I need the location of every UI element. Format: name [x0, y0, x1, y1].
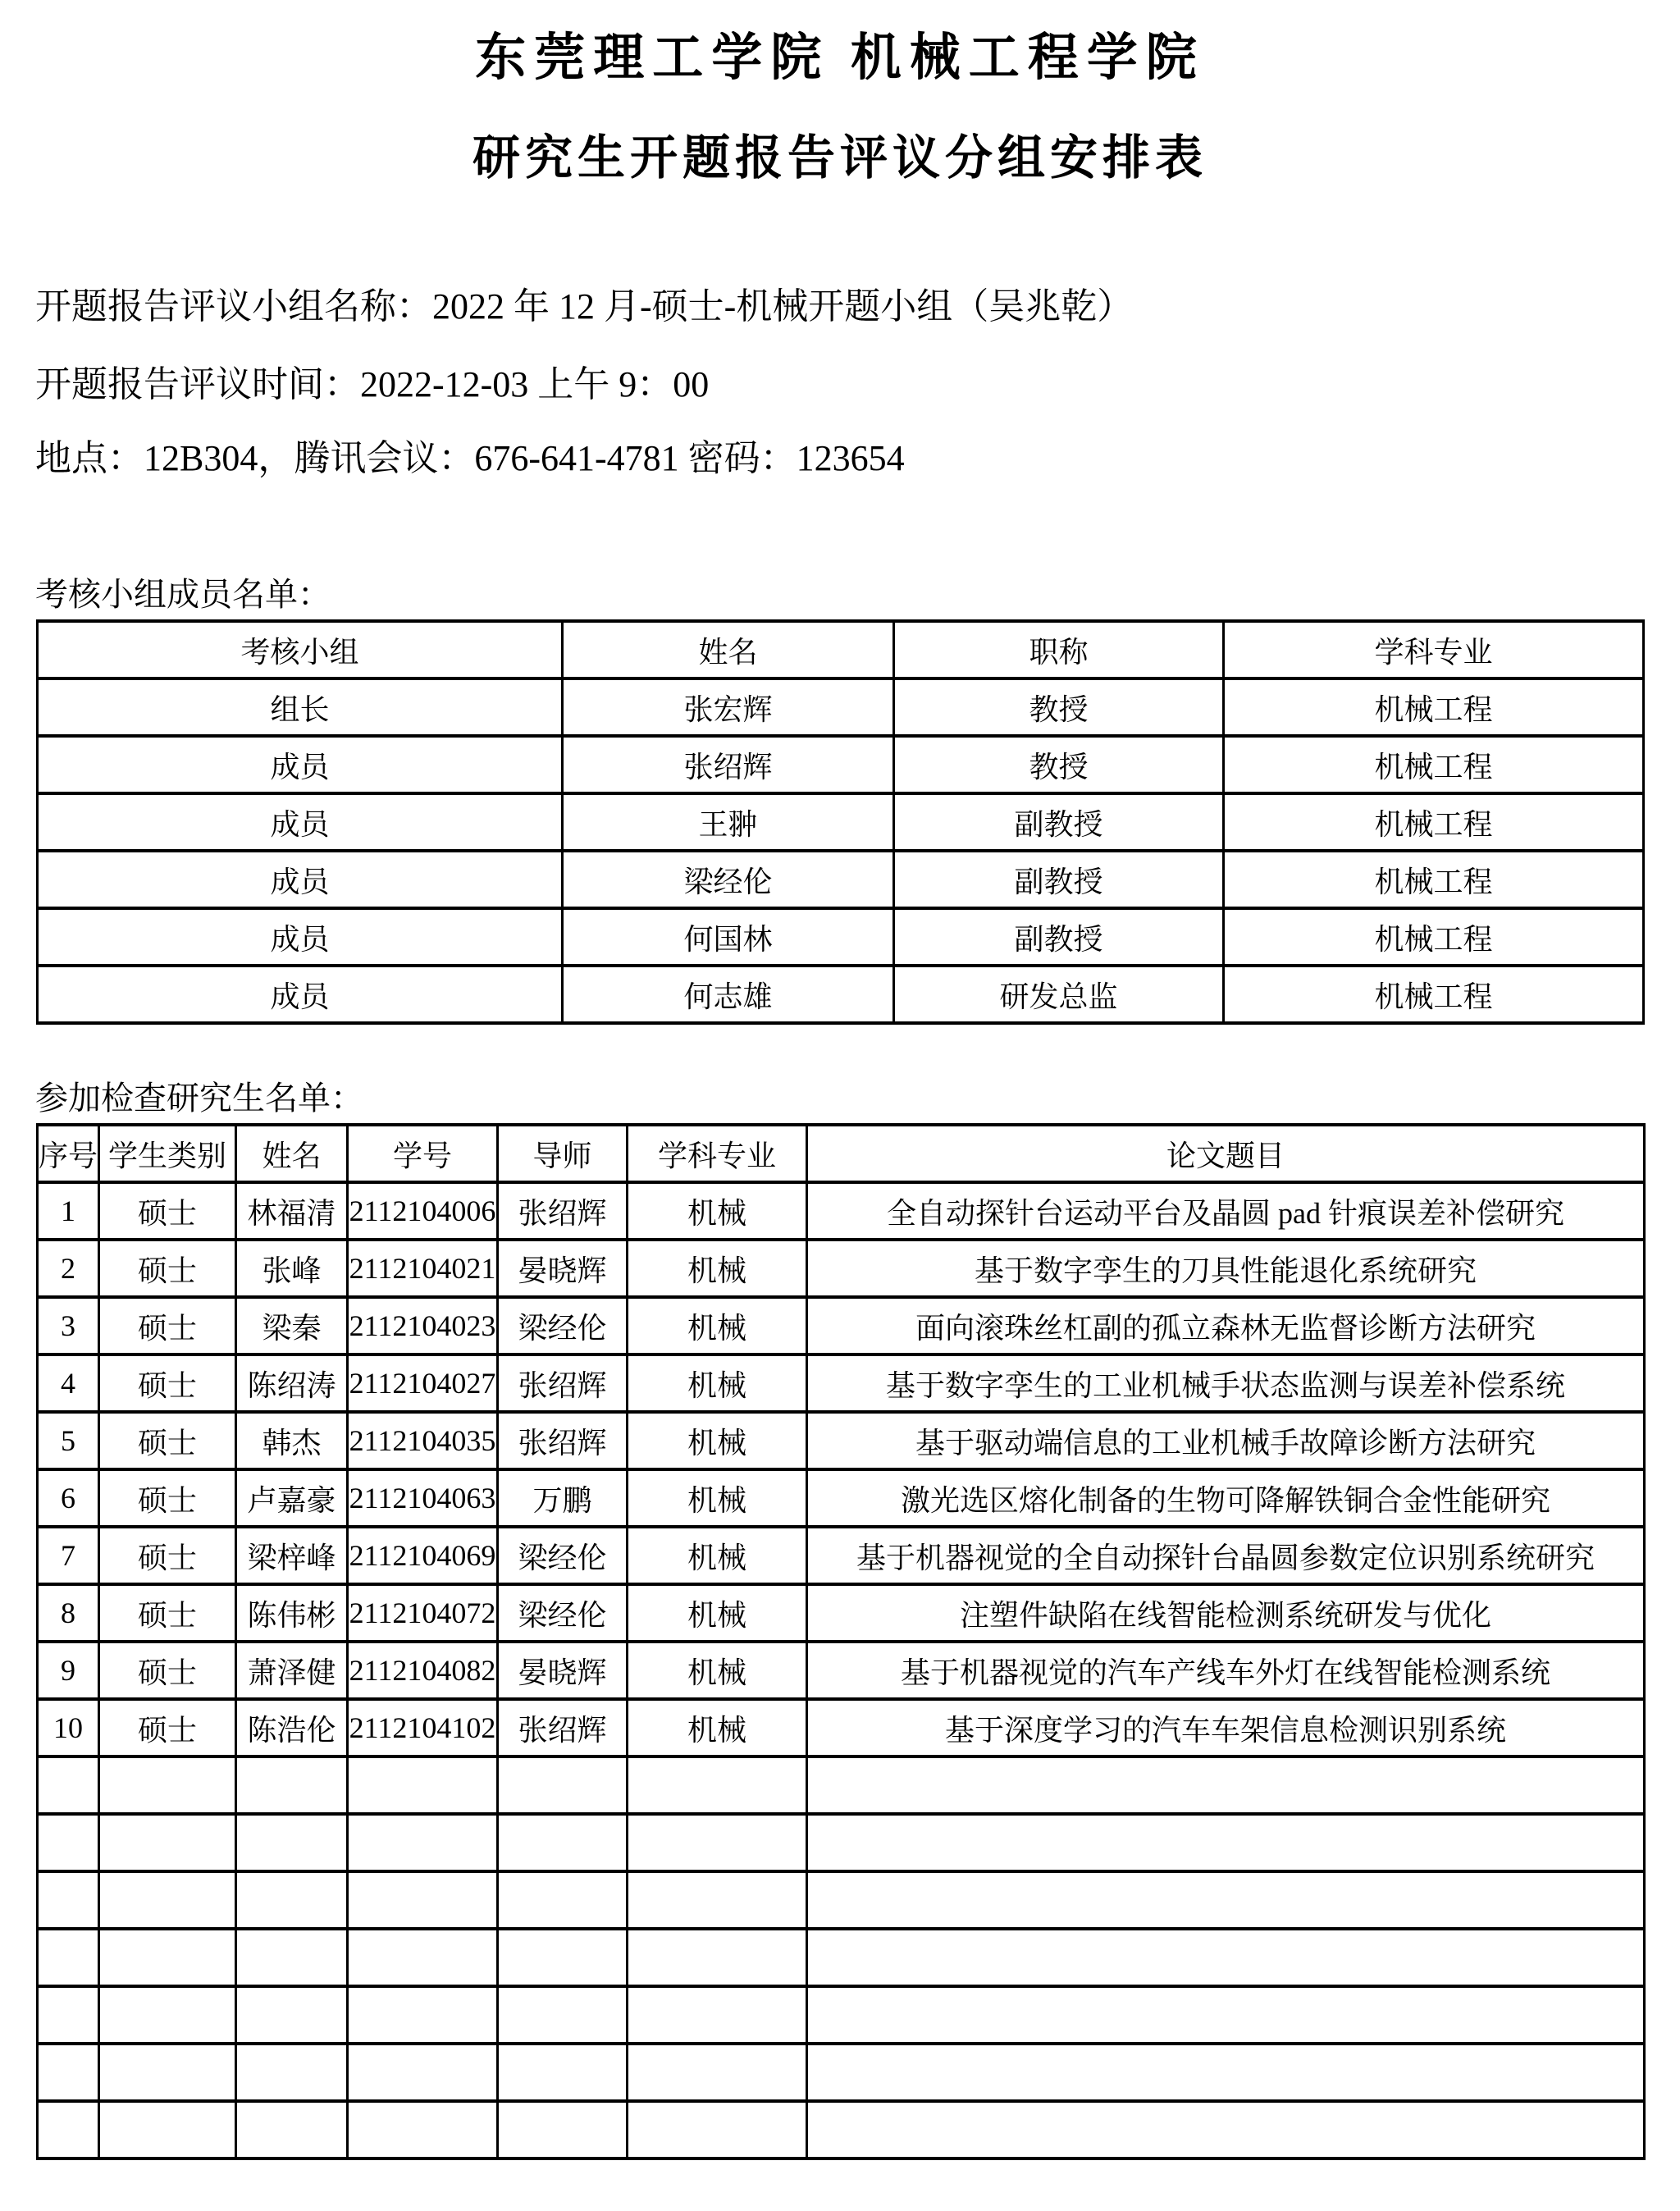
- student-empty-row: [38, 1814, 1645, 1871]
- empty-cell: [236, 2044, 348, 2101]
- student-row: 1 硕士 林福清 2112104006 张绍辉 机械 全自动探针台运动平台及晶圆…: [38, 1182, 1645, 1240]
- meta-location: 地点：12B304，腾讯会议：676-641-4781 密码：123654: [35, 441, 1680, 477]
- committee-row: 成员 梁经伦 副教授 机械工程: [38, 851, 1644, 908]
- empty-cell: [99, 1756, 236, 1814]
- cell-name: 王翀: [563, 793, 894, 851]
- cell-type: 硕士: [99, 1182, 236, 1240]
- student-row: 2 硕士 张峰 2112104021 晏晓辉 机械 基于数字孪生的刀具性能退化系…: [38, 1240, 1645, 1297]
- cell-role: 成员: [38, 908, 563, 966]
- cell-id: 2112104006: [348, 1182, 498, 1240]
- cell-thesis: 激光选区熔化制备的生物可降解铁铜合金性能研究: [807, 1469, 1645, 1527]
- empty-cell: [99, 2101, 236, 2158]
- empty-cell: [38, 2044, 99, 2101]
- empty-cell: [498, 2044, 628, 2101]
- cell-name: 韩杰: [236, 1412, 348, 1469]
- empty-cell: [807, 1756, 1645, 1814]
- empty-cell: [807, 1929, 1645, 1986]
- student-row: 8 硕士 陈伟彬 2112104072 梁经伦 机械 注塑件缺陷在线智能检测系统…: [38, 1584, 1645, 1642]
- student-row: 10 硕士 陈浩伦 2112104102 张绍辉 机械 基于深度学习的汽车车架信…: [38, 1699, 1645, 1756]
- empty-cell: [38, 1986, 99, 2044]
- cell-type: 硕士: [99, 1297, 236, 1354]
- cell-mentor: 梁经伦: [498, 1584, 628, 1642]
- empty-cell: [628, 2101, 807, 2158]
- empty-cell: [628, 1986, 807, 2044]
- cell-type: 硕士: [99, 1240, 236, 1297]
- cell-major: 机械: [628, 1240, 807, 1297]
- cell-name: 卢嘉豪: [236, 1469, 348, 1527]
- student-row: 6 硕士 卢嘉豪 2112104063 万鹏 机械 激光选区熔化制备的生物可降解…: [38, 1469, 1645, 1527]
- cell-name: 张绍辉: [563, 736, 894, 793]
- committee-header-row: 考核小组 姓名 职称 学科专业: [38, 621, 1644, 678]
- student-empty-row: [38, 2044, 1645, 2101]
- cell-type: 硕士: [99, 1642, 236, 1699]
- cell-name: 梁经伦: [563, 851, 894, 908]
- committee-col-header-major: 学科专业: [1224, 621, 1644, 678]
- cell-no: 3: [38, 1297, 99, 1354]
- cell-type: 硕士: [99, 1527, 236, 1584]
- cell-role: 成员: [38, 793, 563, 851]
- cell-no: 7: [38, 1527, 99, 1584]
- empty-cell: [628, 2044, 807, 2101]
- empty-cell: [236, 1871, 348, 1929]
- empty-cell: [348, 2044, 498, 2101]
- student-empty-row: [38, 1756, 1645, 1814]
- cell-type: 硕士: [99, 1412, 236, 1469]
- cell-name: 何国林: [563, 908, 894, 966]
- meta-group-name: 开题报告评议小组名称：2022 年 12 月-硕士-机械开题小组（吴兆乾）: [35, 289, 1680, 325]
- cell-mentor: 张绍辉: [498, 1182, 628, 1240]
- empty-cell: [99, 1986, 236, 2044]
- cell-title: 研发总监: [894, 966, 1224, 1023]
- committee-row: 成员 张绍辉 教授 机械工程: [38, 736, 1644, 793]
- committee-row: 成员 王翀 副教授 机械工程: [38, 793, 1644, 851]
- cell-no: 1: [38, 1182, 99, 1240]
- committee-col-header-title: 职称: [894, 621, 1224, 678]
- empty-cell: [38, 1929, 99, 1986]
- students-col-header-no: 序号: [38, 1125, 99, 1182]
- student-row: 7 硕士 梁梓峰 2112104069 梁经伦 机械 基于机器视觉的全自动探针台…: [38, 1527, 1645, 1584]
- empty-cell: [348, 1986, 498, 2044]
- students-col-header-id: 学号: [348, 1125, 498, 1182]
- cell-no: 4: [38, 1354, 99, 1412]
- student-row: 4 硕士 陈绍涛 2112104027 张绍辉 机械 基于数字孪生的工业机械手状…: [38, 1354, 1645, 1412]
- cell-name: 陈绍涛: [236, 1354, 348, 1412]
- empty-cell: [807, 2101, 1645, 2158]
- students-col-header-name: 姓名: [236, 1125, 348, 1182]
- cell-name: 张峰: [236, 1240, 348, 1297]
- cell-mentor: 万鹏: [498, 1469, 628, 1527]
- cell-id: 2112104072: [348, 1584, 498, 1642]
- cell-no: 2: [38, 1240, 99, 1297]
- empty-cell: [628, 1871, 807, 1929]
- cell-name: 林福清: [236, 1182, 348, 1240]
- cell-major: 机械: [628, 1412, 807, 1469]
- cell-title: 副教授: [894, 793, 1224, 851]
- cell-title: 副教授: [894, 908, 1224, 966]
- cell-role: 成员: [38, 736, 563, 793]
- students-col-header-type: 学生类别: [99, 1125, 236, 1182]
- cell-major: 机械: [628, 1297, 807, 1354]
- empty-cell: [628, 1814, 807, 1871]
- cell-major: 机械: [628, 1642, 807, 1699]
- students-section-title: 参加检查研究生名单：: [35, 1082, 1680, 1115]
- cell-no: 8: [38, 1584, 99, 1642]
- cell-major: 机械: [628, 1527, 807, 1584]
- cell-role: 组长: [38, 678, 563, 736]
- committee-row: 成员 何志雄 研发总监 机械工程: [38, 966, 1644, 1023]
- cell-thesis: 全自动探针台运动平台及晶圆 pad 针痕误差补偿研究: [807, 1182, 1645, 1240]
- cell-major: 机械: [628, 1469, 807, 1527]
- cell-major: 机械: [628, 1354, 807, 1412]
- cell-id: 2112104063: [348, 1469, 498, 1527]
- cell-major: 机械: [628, 1699, 807, 1756]
- empty-cell: [807, 1814, 1645, 1871]
- cell-major: 机械: [628, 1584, 807, 1642]
- cell-major: 机械工程: [1224, 736, 1644, 793]
- student-row: 5 硕士 韩杰 2112104035 张绍辉 机械 基于驱动端信息的工业机械手故…: [38, 1412, 1645, 1469]
- empty-cell: [498, 1814, 628, 1871]
- cell-id: 2112104027: [348, 1354, 498, 1412]
- cell-major: 机械工程: [1224, 966, 1644, 1023]
- empty-cell: [38, 1756, 99, 1814]
- students-header-row: 序号 学生类别 姓名 学号 导师 学科专业 论文题目: [38, 1125, 1645, 1182]
- cell-type: 硕士: [99, 1354, 236, 1412]
- cell-mentor: 张绍辉: [498, 1699, 628, 1756]
- empty-cell: [628, 1756, 807, 1814]
- student-empty-row: [38, 1986, 1645, 2044]
- cell-type: 硕士: [99, 1584, 236, 1642]
- empty-cell: [99, 1814, 236, 1871]
- empty-cell: [236, 1756, 348, 1814]
- committee-col-header-group: 考核小组: [38, 621, 563, 678]
- cell-title: 教授: [894, 678, 1224, 736]
- meta-review-time: 开题报告评议时间：2022-12-03 上午 9：00: [35, 367, 1680, 403]
- student-row: 9 硕士 萧泽健 2112104082 晏晓辉 机械 基于机器视觉的汽车产线车外…: [38, 1642, 1645, 1699]
- cell-major: 机械工程: [1224, 851, 1644, 908]
- student-empty-row: [38, 2101, 1645, 2158]
- empty-cell: [99, 1871, 236, 1929]
- cell-id: 2112104035: [348, 1412, 498, 1469]
- cell-major: 机械工程: [1224, 793, 1644, 851]
- students-table: 序号 学生类别 姓名 学号 导师 学科专业 论文题目 1 硕士 林福清 2112…: [36, 1123, 1646, 2160]
- cell-thesis: 基于数字孪生的工业机械手状态监测与误差补偿系统: [807, 1354, 1645, 1412]
- cell-mentor: 晏晓辉: [498, 1240, 628, 1297]
- cell-role: 成员: [38, 966, 563, 1023]
- cell-major: 机械工程: [1224, 678, 1644, 736]
- empty-cell: [807, 1986, 1645, 2044]
- cell-no: 6: [38, 1469, 99, 1527]
- cell-type: 硕士: [99, 1699, 236, 1756]
- empty-cell: [348, 1929, 498, 1986]
- cell-major: 机械: [628, 1182, 807, 1240]
- empty-cell: [236, 1814, 348, 1871]
- cell-id: 2112104023: [348, 1297, 498, 1354]
- students-col-header-thesis: 论文题目: [807, 1125, 1645, 1182]
- cell-role: 成员: [38, 851, 563, 908]
- committee-section-title: 考核小组成员名单：: [35, 578, 1680, 611]
- empty-cell: [236, 1929, 348, 1986]
- empty-cell: [236, 1986, 348, 2044]
- cell-thesis: 基于数字孪生的刀具性能退化系统研究: [807, 1240, 1645, 1297]
- cell-name: 萧泽健: [236, 1642, 348, 1699]
- student-row: 3 硕士 梁秦 2112104023 梁经伦 机械 面向滚珠丝杠副的孤立森林无监…: [38, 1297, 1645, 1354]
- committee-table: 考核小组 姓名 职称 学科专业 组长 张宏辉 教授 机械工程 成员 张绍辉 教授…: [36, 619, 1645, 1025]
- cell-no: 9: [38, 1642, 99, 1699]
- empty-cell: [348, 2101, 498, 2158]
- cell-mentor: 张绍辉: [498, 1412, 628, 1469]
- empty-cell: [498, 1986, 628, 2044]
- empty-cell: [807, 1871, 1645, 1929]
- empty-cell: [498, 2101, 628, 2158]
- cell-id: 2112104082: [348, 1642, 498, 1699]
- empty-cell: [348, 1871, 498, 1929]
- cell-id: 2112104021: [348, 1240, 498, 1297]
- cell-id: 2112104069: [348, 1527, 498, 1584]
- cell-name: 梁梓峰: [236, 1527, 348, 1584]
- cell-thesis: 基于机器视觉的汽车产线车外灯在线智能检测系统: [807, 1642, 1645, 1699]
- cell-thesis: 面向滚珠丝杠副的孤立森林无监督诊断方法研究: [807, 1297, 1645, 1354]
- students-col-header-major: 学科专业: [628, 1125, 807, 1182]
- empty-cell: [348, 1814, 498, 1871]
- cell-thesis: 注塑件缺陷在线智能检测系统研发与优化: [807, 1584, 1645, 1642]
- empty-cell: [38, 1871, 99, 1929]
- cell-name: 何志雄: [563, 966, 894, 1023]
- page-subtitle: 研究生开题报告评议分组安排表: [0, 135, 1680, 182]
- cell-mentor: 梁经伦: [498, 1297, 628, 1354]
- cell-name: 陈浩伦: [236, 1699, 348, 1756]
- committee-row: 成员 何国林 副教授 机械工程: [38, 908, 1644, 966]
- empty-cell: [236, 2101, 348, 2158]
- page-title: 东莞理工学院 机械工程学院: [0, 33, 1680, 84]
- empty-cell: [348, 1756, 498, 1814]
- cell-major: 机械工程: [1224, 908, 1644, 966]
- empty-cell: [38, 1814, 99, 1871]
- empty-cell: [38, 2101, 99, 2158]
- cell-thesis: 基于深度学习的汽车车架信息检测识别系统: [807, 1699, 1645, 1756]
- cell-title: 副教授: [894, 851, 1224, 908]
- student-empty-row: [38, 1871, 1645, 1929]
- empty-cell: [498, 1756, 628, 1814]
- document-page: 东莞理工学院 机械工程学院 研究生开题报告评议分组安排表 开题报告评议小组名称：…: [0, 0, 1680, 2211]
- empty-cell: [807, 2044, 1645, 2101]
- empty-cell: [628, 1929, 807, 1986]
- cell-no: 5: [38, 1412, 99, 1469]
- empty-cell: [498, 1929, 628, 1986]
- committee-col-header-name: 姓名: [563, 621, 894, 678]
- students-col-header-mentor: 导师: [498, 1125, 628, 1182]
- cell-name: 陈伟彬: [236, 1584, 348, 1642]
- cell-name: 张宏辉: [563, 678, 894, 736]
- cell-id: 2112104102: [348, 1699, 498, 1756]
- empty-cell: [99, 1929, 236, 1986]
- cell-name: 梁秦: [236, 1297, 348, 1354]
- cell-type: 硕士: [99, 1469, 236, 1527]
- cell-thesis: 基于驱动端信息的工业机械手故障诊断方法研究: [807, 1412, 1645, 1469]
- empty-cell: [498, 1871, 628, 1929]
- cell-mentor: 张绍辉: [498, 1354, 628, 1412]
- empty-cell: [99, 2044, 236, 2101]
- cell-title: 教授: [894, 736, 1224, 793]
- cell-mentor: 晏晓辉: [498, 1642, 628, 1699]
- cell-thesis: 基于机器视觉的全自动探针台晶圆参数定位识别系统研究: [807, 1527, 1645, 1584]
- student-empty-row: [38, 1929, 1645, 1986]
- committee-row: 组长 张宏辉 教授 机械工程: [38, 678, 1644, 736]
- cell-no: 10: [38, 1699, 99, 1756]
- cell-mentor: 梁经伦: [498, 1527, 628, 1584]
